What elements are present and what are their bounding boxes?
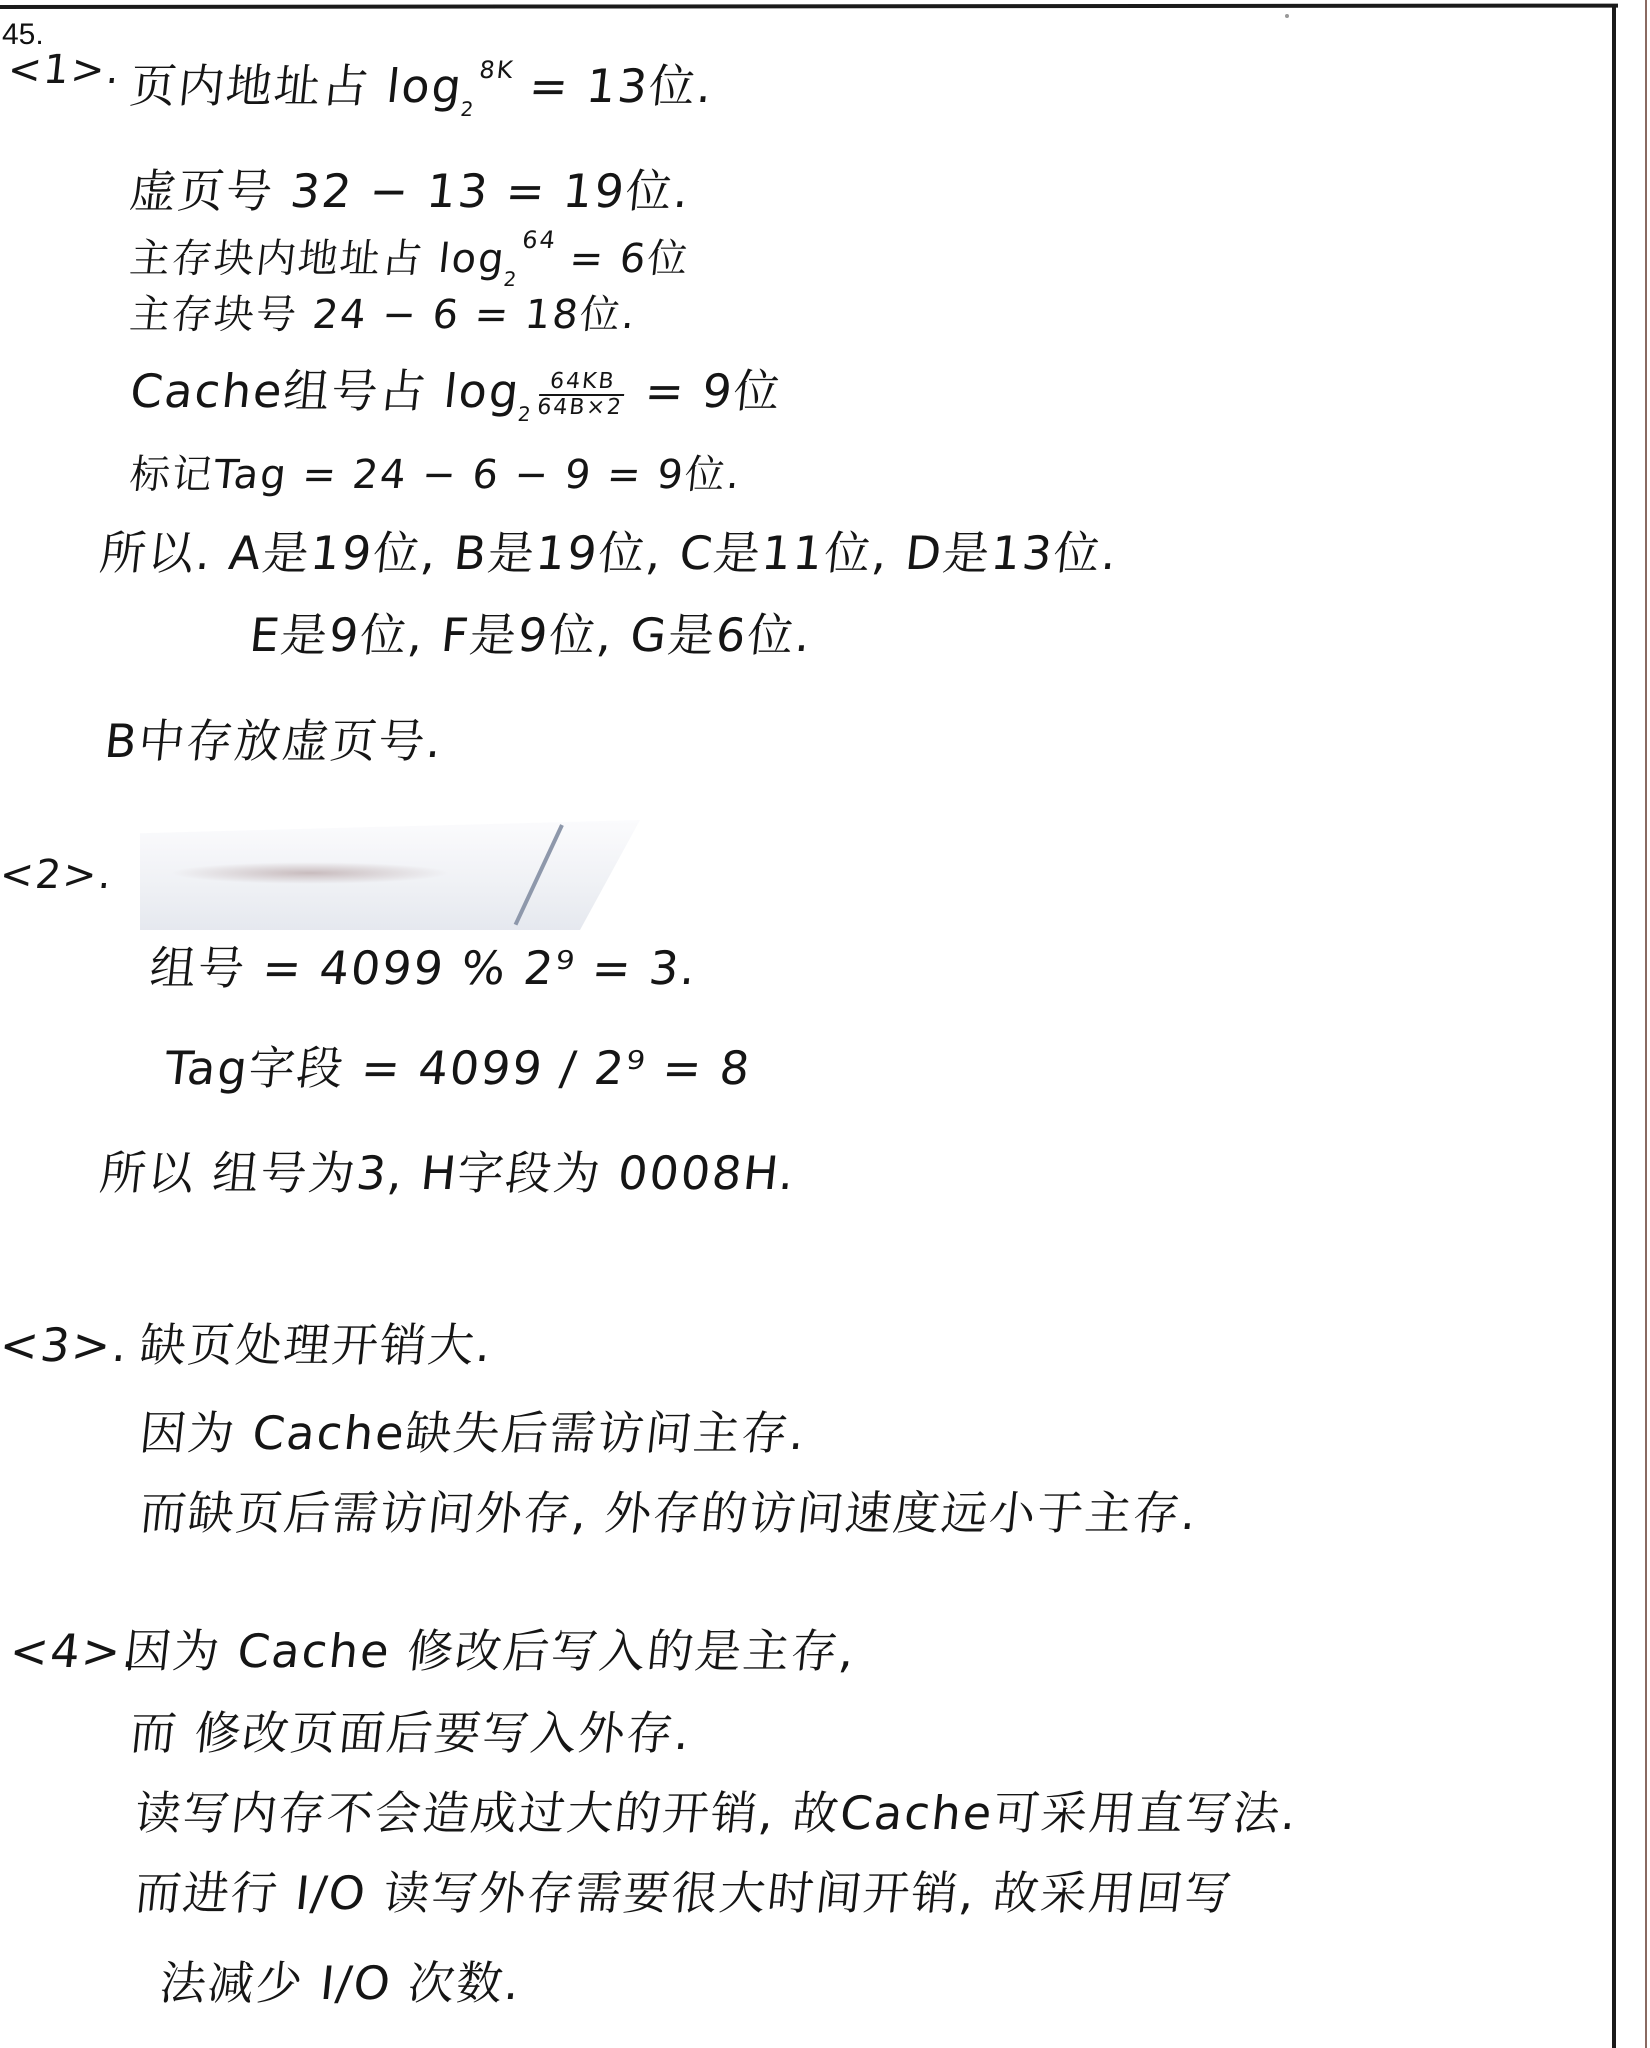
part4-line-3: 读写内存不会造成过大的开销, 故Cache可采用直写法. — [133, 1790, 1301, 1836]
part1-label: <1>. — [6, 50, 123, 90]
part1-line-virtual-page: 虚页号 32 − 13 = 19位. — [128, 168, 693, 214]
page-border-top — [0, 4, 1618, 9]
part2-set-number-calc: 组号 = 4099 % 2⁹ = 3. — [148, 945, 700, 991]
line-suffix: = 6位 — [553, 236, 692, 282]
part1-line-tag: 标记Tag = 24 − 6 − 9 = 9位. — [128, 455, 744, 495]
fraction: 64KB64B×2 — [536, 370, 627, 418]
line-prefix: 页内地址占 log — [127, 59, 465, 113]
part1-line-page-offset: 页内地址占 log28K = 13位. — [127, 58, 717, 119]
part2-tag-calc: Tag字段 = 4099 / 2⁹ = 8 — [163, 1045, 754, 1091]
line-suffix: = 13位. — [510, 59, 717, 113]
stray-mark — [1285, 14, 1289, 18]
page-border-right — [1612, 5, 1616, 2048]
part4-line-4: 而进行 I/O 读写外存需要很大时间开销, 故采用回写 — [133, 1870, 1236, 1916]
part3-answer: 缺页处理开销大. — [138, 1322, 495, 1368]
tape-smudge — [170, 862, 450, 884]
part1-line-cache-set: Cache组号占 log264KB64B×2 = 9位 — [127, 368, 784, 424]
part2-label: <2>. — [0, 855, 115, 895]
part1-line-block-offset: 主存块内地址占 log264 = 6位 — [127, 228, 693, 289]
part3-label: <3>. — [0, 1322, 131, 1368]
part1-conclusion-b-content: B中存放虚页号. — [103, 718, 446, 764]
part2-conclusion: 所以 组号为3, H字段为 0008H. — [98, 1150, 799, 1196]
part4-line-2: 而 修改页面后要写入外存. — [128, 1710, 694, 1756]
part4-line-1: 因为 Cache 修改后写入的是主存, — [123, 1628, 859, 1674]
part4-label: <4>. — [8, 1628, 142, 1674]
part1-line-block-number: 主存块号 24 − 6 = 18位. — [128, 295, 639, 335]
part1-conclusion-fields-a-d: 所以. A是19位, B是19位, C是11位, D是13位. — [98, 530, 1121, 576]
part3-reason-cache: 因为 Cache缺失后需访问主存. — [138, 1410, 809, 1456]
log-arg: 8K — [478, 56, 516, 84]
line-suffix: = 9位 — [626, 364, 785, 418]
part3-reason-page-fault: 而缺页后需访问外存, 外存的访问速度远小于主存. — [138, 1490, 1201, 1536]
paper-edge-line — [1645, 0, 1647, 2048]
fraction-denominator: 64B×2 — [536, 396, 624, 419]
line-prefix: 主存块内地址占 log — [128, 236, 509, 282]
log-arg: 64 — [521, 226, 558, 254]
log-base: 2 — [502, 267, 519, 291]
log-base: 2 — [459, 97, 476, 121]
fraction-numerator: 64KB — [539, 370, 627, 395]
log-base: 2 — [517, 402, 534, 426]
line-prefix: Cache组号占 log — [128, 364, 523, 418]
part1-conclusion-fields-e-g: E是9位, F是9位, G是6位. — [248, 612, 815, 658]
part4-line-5: 法减少 I/O 次数. — [158, 1960, 524, 2006]
